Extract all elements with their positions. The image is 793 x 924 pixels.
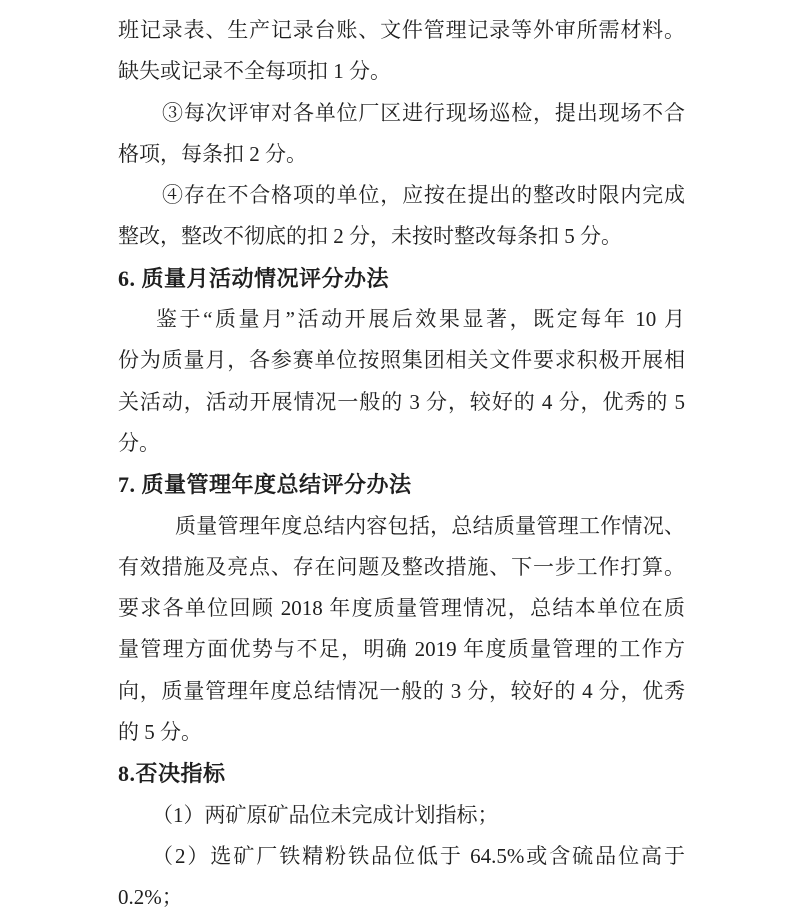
body-line: 有效措施及亮点、存在问题及整改措施、下一步工作打算。 — [118, 547, 685, 588]
body-line: 班记录表、生产记录台账、文件管理记录等外审所需材料。 — [118, 10, 685, 51]
document-page: 班记录表、生产记录台账、文件管理记录等外审所需材料。 缺失或记录不全每项扣 1 … — [0, 0, 793, 924]
heading-section-8: 8.否决指标 — [118, 753, 685, 794]
body-line: 质量管理年度总结内容包括，总结质量管理工作情况、 — [118, 506, 685, 547]
heading-section-7: 7. 质量管理年度总结评分办法 — [118, 464, 685, 505]
body-line: 分。 — [118, 423, 685, 464]
body-line: （2）选矿厂铁精粉铁品位低于 64.5%或含硫品位高于 — [118, 836, 685, 877]
body-line: 的 5 分。 — [118, 712, 685, 753]
heading-section-6: 6. 质量月活动情况评分办法 — [118, 258, 685, 299]
body-line: 要求各单位回顾 2018 年度质量管理情况，总结本单位在质 — [118, 588, 685, 629]
body-line: （1）两矿原矿品位未完成计划指标； — [118, 795, 685, 836]
body-line: 份为质量月，各参赛单位按照集团相关文件要求积极开展相 — [118, 340, 685, 381]
body-line: 整改，整改不彻底的扣 2 分，未按时整改每条扣 5 分。 — [118, 216, 685, 257]
body-line: ③每次评审对各单位厂区进行现场巡检，提出现场不合 — [118, 93, 685, 134]
body-line: 格项，每条扣 2 分。 — [118, 134, 685, 175]
body-line: 0.2%； — [118, 877, 685, 918]
body-line: 量管理方面优势与不足，明确 2019 年度质量管理的工作方 — [118, 629, 685, 670]
body-line: 关活动，活动开展情况一般的 3 分，较好的 4 分，优秀的 5 — [118, 382, 685, 423]
body-line: 鉴于“质量月”活动开展后效果显著，既定每年 10 月 — [118, 299, 685, 340]
body-line: 向，质量管理年度总结情况一般的 3 分，较好的 4 分，优秀 — [118, 671, 685, 712]
body-line: 缺失或记录不全每项扣 1 分。 — [118, 51, 685, 92]
body-line: ④存在不合格项的单位，应按在提出的整改时限内完成 — [118, 175, 685, 216]
